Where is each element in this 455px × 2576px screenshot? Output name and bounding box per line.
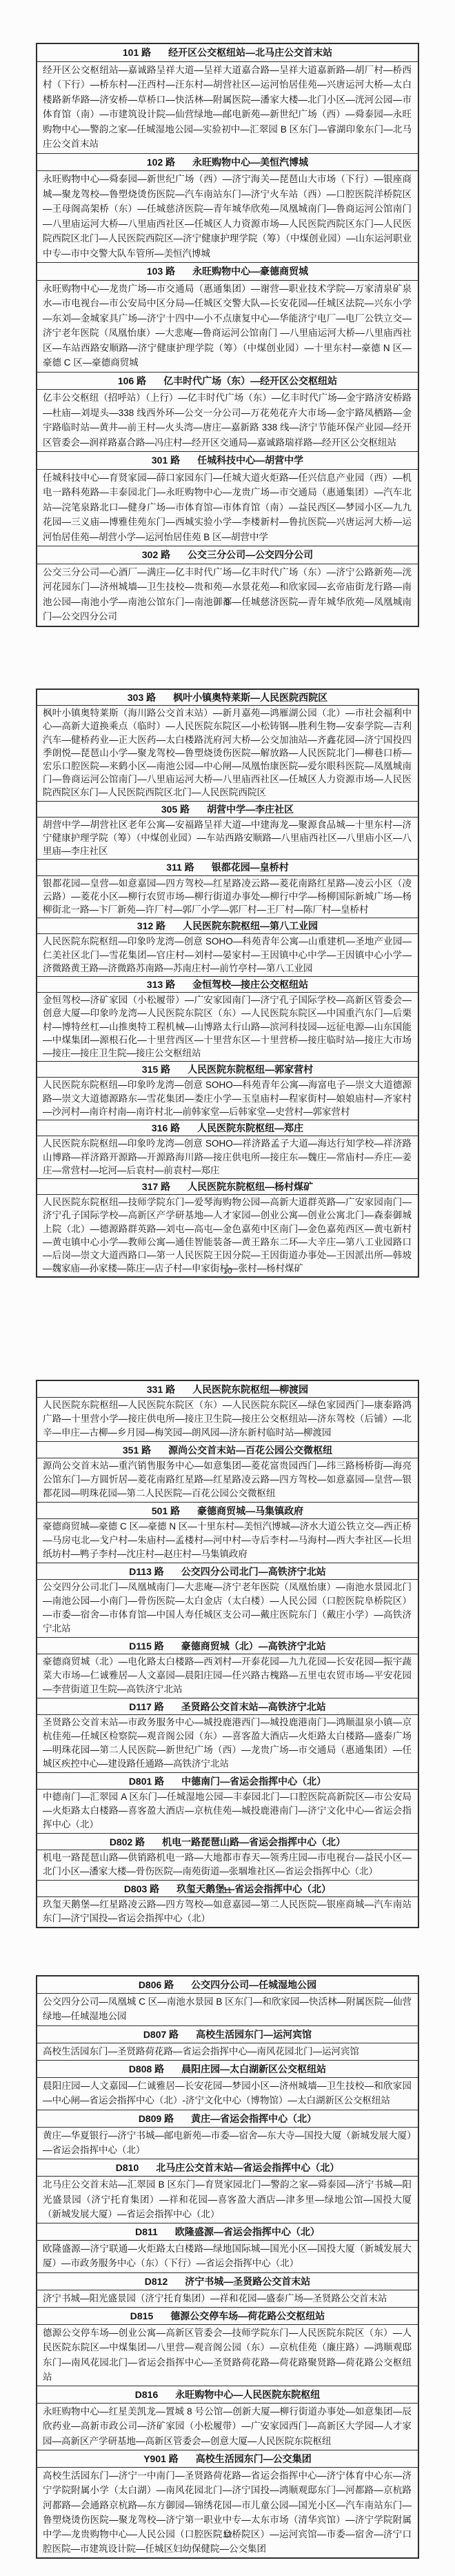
route-header: 331 路人民医院东院枢纽—柳渡园	[37, 1380, 418, 1398]
route-stops-row: 公交三分公司—心酒厂—满庄—亿丰时代广场—亿丰时代广场（东）—济宁公路新苑—洸河…	[37, 564, 418, 626]
route-title: 济宁书城—圣贤路公交首末站	[185, 2276, 310, 2287]
route-title: 北马庄公交首末站—省运会指挥中心（北）	[156, 2162, 339, 2173]
route-title: 德源公交停车场—荷花路公交枢纽站	[170, 2310, 325, 2321]
route-header: Y901 路高校生活园东门—公交集团	[37, 2450, 418, 2467]
route-title: 豪德商贸城—马集镇政府	[197, 1505, 303, 1516]
route-header: 301 路任城科技中心—胡营中学	[37, 452, 418, 470]
route-stops: 永旺购物中心—红星美凯龙—置城 8 号公馆—创新大厦—柳行街道办事处—如意集团—…	[37, 2404, 418, 2450]
route-stops-row: 济宁书城—阳光盛景园（济宁托育集团）—祥和花园—盛泰广场—圣贤路公交首末站	[37, 2290, 418, 2307]
route-title: 人民医院东院枢纽—杨村煤矿	[188, 1181, 313, 1192]
route-header: D806 路公交四分公司—任城湿地公园	[37, 1976, 418, 1994]
route-title: 源尚公交首末站—百花公园公交微枢纽	[168, 1445, 332, 1456]
route-stops-row: 人民医院东院枢纽—印象吟龙湾—创意 SOHO—科苑青年公寓—山重建机—圣地产业园…	[37, 934, 418, 977]
route-stops-row: 永旺购物中心—红星美凯龙—置城 8 号公馆—创新大厦—柳行街道办事处—如意集团—…	[37, 2404, 418, 2450]
route-stops: 高校生活园东门—济宁一中南门—圣贤路荷花路—省运会指挥中心—济宁体育中心东—济宁…	[37, 2468, 418, 2559]
page-number: 11	[0, 1885, 455, 1896]
route-header: D802 路机电一路琵琶山路—省运会指挥中心（北）	[37, 1834, 418, 1850]
route-header-row: 312 路人民医院东院枢纽—第八工业园	[37, 918, 418, 934]
route-header-row: 351 路源尚公交首末站—百花公园公交微枢纽	[37, 1442, 418, 1458]
route-number: 102 路	[147, 157, 175, 168]
route-header: 302 路公交三分公司—公交四分公司	[37, 546, 418, 564]
route-header: D816永旺购物中心—人民医院东院枢纽	[37, 2386, 418, 2404]
route-title: 公交四分公司北门—高铁济宁北站	[181, 1566, 326, 1577]
route-stops: 中德南门—汇翠园 A 区东门—任城湿地公园—丰泰园北门—口腔医院高新院区—市公安…	[37, 1790, 418, 1834]
route-header-row: D816永旺购物中心—人民医院东院枢纽	[37, 2386, 418, 2404]
route-title: 晨阳庄园—太白湖新区公交枢纽站	[181, 2063, 326, 2074]
route-stops: 高校生活园东门—圣贤路荷花路—省运会指挥中心—南风花园北门—运河宾馆	[37, 2043, 418, 2060]
route-title: 银都花园—皇桥村	[212, 862, 289, 873]
bus-route-table-body: 101 路经开区公交枢纽站—北马庄公交首末站经开区公交枢纽站—嘉诚路呈祥大道—呈…	[37, 43, 418, 626]
route-number: D802 路	[110, 1836, 145, 1847]
route-stops: 人民医院东院枢纽—印象吟龙湾—创意 SOHO—祥济路孟子大道—海达行知学校—祥济…	[37, 1136, 418, 1179]
document-page: 331 路人民医院东院枢纽—柳渡园人民医院东院枢纽—人民医院东院区（东）—人民医…	[0, 1380, 455, 1928]
route-stops-row: 机电一路琵琶山路—供销路机电一路—大地都市春天—领秀庄园—市电视台—益民小区—北…	[37, 1850, 418, 1881]
route-stops: 银都花园—皇营—如意嘉园—四方驾校—红星路凌云路—菱花南路红星路—凌云小区（凌云…	[37, 875, 418, 918]
route-header-row: 315 路人民医院东院枢纽—郭家营村	[37, 1062, 418, 1078]
route-stops-row: 永旺购物中心—龙贵广场—市交通局（惠通集团）—谢营—职业技术学院—万家清泉矿泉水…	[37, 280, 418, 372]
route-header-row: 316 路人民医院东院枢纽—郑庄	[37, 1120, 418, 1136]
route-header: D812济宁书城—圣贤路公交首末站	[37, 2272, 418, 2290]
bus-route-table-body: 303 路枫叶小镇奥特莱斯—人民医院西院区枫叶小镇奥特莱斯（海川路公交首末站）—…	[37, 689, 418, 1277]
bus-route-table: 101 路经开区公交枢纽站—北马庄公交首末站经开区公交枢纽站—嘉诚路呈祥大道—呈…	[36, 43, 419, 627]
route-header-row: 317 路人民医院东院枢纽—杨村煤矿	[37, 1178, 418, 1194]
route-stops: 经开区公交枢纽站—嘉诚路呈祥大道—呈祥大道嘉合路—呈祥大道嘉新路—胡厂村—桥西村…	[37, 61, 418, 153]
route-stops: 人民医院东院枢纽—人民医院东院区（东）—人民医院东院区—绿色家园西门—康泰路鸿广…	[37, 1398, 418, 1442]
page-number: 10	[0, 1265, 455, 1276]
route-stops-row: 胡营中学—胡营社区老年公寓—安福路呈祥大道—中建海龙—聚源食品城—十里东村—济宁…	[37, 817, 418, 860]
route-header: D115 路豪德商贸城（北）—高铁济宁北站	[37, 1638, 418, 1654]
route-header-row: D811欧隆盛源—省运会指挥中心（北）	[37, 2223, 418, 2241]
route-stops-row: 永旺购物中心—舜泰园—新世纪广场（西）—济宁海关—琵琶山大市场（下行）—银座商城…	[37, 171, 418, 263]
route-header: D801 路中德南门—省运会指挥中心（北）	[37, 1773, 418, 1790]
route-number: 316 路	[152, 1122, 180, 1133]
route-header: 313 路金恒驾校—接庄公交枢纽站	[37, 977, 418, 993]
route-header-row: 103 路永旺购物中心—豪德商贸城	[37, 263, 418, 281]
route-stops-row: 高校生活园东门—济宁一中南门—圣贤路荷花路—省运会指挥中心—济宁体育中心东—济宁…	[37, 2468, 418, 2559]
route-title: 黄庄—省运会指挥中心（北）	[191, 2113, 316, 2124]
route-stops-row: 亿丰公交枢纽（招呼站）（上行）—亿丰时代广场（东）—亿丰时代广场—金宇路济安桥路…	[37, 390, 418, 452]
route-number: 301 路	[152, 455, 180, 466]
route-title: 圣贤路公交首末站—高铁济宁北站	[181, 1701, 326, 1712]
route-number: 317 路	[142, 1181, 170, 1192]
route-stops-row: 欧隆盛源—济宁联通—火炬路太白楼路—绿地国际城—国光小区—国投大厦（新城发展大厦…	[37, 2241, 418, 2272]
route-header: D807 路高校生活园东门—运河宾馆	[37, 2025, 418, 2043]
route-header: 315 路人民医院东院枢纽—郭家营村	[37, 1062, 418, 1078]
route-header-row: Y901 路高校生活园东门—公交集团	[37, 2450, 418, 2467]
route-number: 305 路	[161, 804, 190, 815]
route-stops-row: 经开区公交枢纽站—嘉诚路呈祥大道—呈祥大道嘉合路—呈祥大道嘉新路—胡厂村—桥西村…	[37, 61, 418, 153]
route-title: 人民医院东院枢纽—第八工业园	[183, 920, 318, 931]
route-header-row: D802 路机电一路琵琶山路—省运会指挥中心（北）	[37, 1834, 418, 1850]
route-stops-row: 公交四分公司—凤凰城 C 区—南池水景园 B 区东门—和欣家园—快活林—附属医院…	[37, 1994, 418, 2025]
route-number: D815	[130, 2310, 153, 2321]
route-number: D816	[135, 2389, 158, 2400]
bus-route-table-body: 331 路人民医院东院枢纽—柳渡园人民医院东院枢纽—人民医院东院区（东）—人民医…	[37, 1380, 418, 1928]
route-number: D808 路	[129, 2063, 164, 2074]
route-stops: 胡营中学—胡营社区老年公寓—安福路呈祥大道—中建海龙—聚源食品城—十里东村—济宁…	[37, 817, 418, 860]
route-stops: 豪德商贸城（北）—电化路太白楼路—西刘村—开泰花园—九九花园—长安花园—振宇蔬菜…	[37, 1654, 418, 1698]
route-number: 303 路	[128, 692, 156, 703]
route-stops-row: 人民医院东院枢纽—人民医院东院区（东）—人民医院东院区—绿色家园西门—康泰路鸿广…	[37, 1398, 418, 1442]
route-stops-row: 黄庄—华夏银行—济宁书城—邮电新苑—市委—宿舍—东大寺—国投大厦（新城发展大厦）…	[37, 2127, 418, 2159]
route-stops-row: 豪德商贸城—豪德 C 区—豪德 N 区—十里东村—美恒汽博城—济水大道公铁立交—…	[37, 1519, 418, 1563]
route-header: 316 路人民医院东院枢纽—郑庄	[37, 1120, 418, 1136]
page-number: 12	[0, 2529, 455, 2540]
document-page: D806 路公交四分公司—任城湿地公园公交四分公司—凤凰城 C 区—南池水景园 …	[0, 1975, 455, 2559]
route-title: 人民医院东院枢纽—郑庄	[197, 1122, 303, 1133]
route-stops: 公交四分公司—凤凰城 C 区—南池水景园 B 区东门—和欣家园—快活林—附属医院…	[37, 1994, 418, 2025]
route-title: 豪德商贸城（北）—高铁济宁北站	[181, 1641, 326, 1652]
route-header: D809 路黄庄—省运会指挥中心（北）	[37, 2110, 418, 2127]
route-number: Y901 路	[143, 2453, 179, 2464]
route-header-row: 305 路胡营中学—李庄社区	[37, 801, 418, 817]
route-header: 101 路经开区公交枢纽站—北马庄公交首末站	[37, 43, 418, 61]
route-stops-row: 人民医院东院枢纽—印象吟龙湾—创意 SOHO—科苑青年公寓—海富电子—崇文大道德…	[37, 1078, 418, 1120]
route-stops: 人民医院东院枢纽—印象吟龙湾—创意 SOHO—科苑青年公寓—海富电子—崇文大道德…	[37, 1078, 418, 1120]
route-stops: 任城科技中心—育贤家园—薛口家园东门—任城大道火炬路—任兴信息产业园（西）—机电…	[37, 469, 418, 546]
route-number: D812	[145, 2276, 168, 2287]
route-header: 312 路人民医院东院枢纽—第八工业园	[37, 918, 418, 934]
route-stops-row: 晨阳庄园—人文嘉园—仁诚雅居—长安花园—梦园小区—济州城墙—卫生技校—和欣家园—…	[37, 2078, 418, 2110]
route-stops-row: 银都花园—皇营—如意嘉园—四方驾校—红星路凌云路—菱花南路红星路—凌云小区（凌云…	[37, 875, 418, 918]
bus-route-table: 331 路人民医院东院枢纽—柳渡园人民医院东院枢纽—人民医院东院区（东）—人民医…	[36, 1380, 419, 1928]
route-header: 501 路豪德商贸城—马集镇政府	[37, 1503, 418, 1519]
route-number: D806 路	[139, 1979, 174, 1990]
route-title: 永旺购物中心—人民医院东院枢纽	[175, 2389, 320, 2400]
route-header: D810北马庄公交首末站—省运会指挥中心（北）	[37, 2159, 418, 2177]
route-header-row: 102 路永旺购物中心—美恒汽博城	[37, 153, 418, 171]
route-stops: 公交四分公司北门—凤凰城南门—大悲庵—济宁老年医院（凤凰怡康）—南池水景园北门—…	[37, 1580, 418, 1638]
route-title: 永旺购物中心—美恒汽博城	[192, 157, 308, 168]
route-header-row: 313 路金恒驾校—接庄公交枢纽站	[37, 977, 418, 993]
route-header: 103 路永旺购物中心—豪德商贸城	[37, 263, 418, 281]
route-number: D117 路	[129, 1701, 164, 1712]
route-title: 公交四分公司—任城湿地公园	[191, 1979, 316, 1990]
route-header-row: 331 路人民医院东院枢纽—柳渡园	[37, 1380, 418, 1398]
route-number: 315 路	[142, 1064, 170, 1075]
route-title: 人民医院东院枢纽—郭家营村	[188, 1064, 313, 1075]
route-number: D801 路	[129, 1776, 164, 1787]
route-header-row: 311 路银都花园—皇桥村	[37, 860, 418, 875]
route-stops: 源尚公交首末站—重汽销售服务中心—如意集团—菱花富贵园西门—纬三路杨桥街—海亮公…	[37, 1458, 418, 1503]
route-title: 机电一路琵琶山路—省运会指挥中心（北）	[162, 1836, 345, 1847]
route-header: D808 路晨阳庄园—太白湖新区公交枢纽站	[37, 2061, 418, 2078]
route-header-row: D809 路黄庄—省运会指挥中心（北）	[37, 2110, 418, 2127]
route-header: 102 路永旺购物中心—美恒汽博城	[37, 153, 418, 171]
route-header-row: D115 路豪德商贸城（北）—高铁济宁北站	[37, 1638, 418, 1654]
route-stops-row: 金恒驾校—济矿家园（小松履带）—广安家园南门—济宁孔子国际学校—高新区管委会—创…	[37, 993, 418, 1062]
route-title: 经开区公交枢纽站—北马庄公交首末站	[168, 47, 332, 58]
route-header-row: 501 路豪德商贸城—马集镇政府	[37, 1503, 418, 1519]
route-stops-row: 圣贤路公交首末站—市政务服务中心—城投鹿港西门—城投鹿港南门—鸿顺温泉小镇—京杭…	[37, 1715, 418, 1773]
route-header: 106 路亿丰时代广场（东）—经开区公交枢纽站	[37, 372, 418, 390]
route-stops-row: 人民医院东院枢纽—印象吟龙湾—创意 SOHO—祥济路孟子大道—海达行知学校—祥济…	[37, 1136, 418, 1179]
route-stops: 济宁书城—阳光盛景园（济宁托育集团）—祥和花园—盛泰广场—圣贤路公交首末站	[37, 2290, 418, 2307]
bus-route-table-body: D806 路公交四分公司—任城湿地公园公交四分公司—凤凰城 C 区—南池水景园 …	[37, 1976, 418, 2558]
route-stops: 玖玺天鹅堡—红星路凌云路—四方驾校—如意嘉园—第二人民医院—银座商城—汽车南站东…	[37, 1897, 418, 1928]
route-stops: 欧隆盛源—济宁联通—火炬路太白楼路—绿地国际城—国光小区—国投大厦（新城发展大厦…	[37, 2241, 418, 2272]
route-header: D815德源公交停车场—荷花路公交枢纽站	[37, 2308, 418, 2325]
route-number: D113 路	[129, 1566, 164, 1577]
route-stops: 亿丰公交枢纽（招呼站）（上行）—亿丰时代广场（东）—亿丰时代广场—金宇路济安桥路…	[37, 390, 418, 452]
route-title: 中德南门—省运会指挥中心（北）	[181, 1776, 326, 1787]
route-number: D809 路	[139, 2113, 174, 2124]
route-header-row: D117 路圣贤路公交首末站—高铁济宁北站	[37, 1698, 418, 1715]
route-header-row: D810北马庄公交首末站—省运会指挥中心（北）	[37, 2159, 418, 2177]
route-title: 任城科技中心—胡营中学	[197, 455, 303, 466]
route-stops-row: 德源公交停车场—创业公寓—高新区管委会—技师学院东门—人民医院东院区（东）—人民…	[37, 2325, 418, 2386]
route-stops: 人民医院东院枢纽—印象吟龙湾—创意 SOHO—科苑青年公寓—山重建机—圣地产业园…	[37, 934, 418, 977]
route-stops: 豪德商贸城—豪德 C 区—豪德 N 区—十里东村—美恒汽博城—济水大道公铁立交—…	[37, 1519, 418, 1563]
document-page: 101 路经开区公交枢纽站—北马庄公交首末站经开区公交枢纽站—嘉诚路呈祥大道—呈…	[0, 43, 455, 627]
route-title: 高校生活园东门—公交集团	[196, 2453, 312, 2464]
route-stops-row: 玖玺天鹅堡—红星路凌云路—四方驾校—如意嘉园—第二人民医院—银座商城—汽车南站东…	[37, 1897, 418, 1928]
route-number: 106 路	[118, 375, 146, 386]
route-stops: 圣贤路公交首末站—市政务服务中心—城投鹿港西门—城投鹿港南门—鸿顺温泉小镇—京杭…	[37, 1715, 418, 1773]
route-title: 枫叶小镇奥特莱斯—人民医院西院区	[173, 692, 327, 703]
route-stops: 北马庄公交首末站—汇翠园 B 区东门—育贤家园北门—警韵之家—舜泰园—济宁书城—…	[37, 2177, 418, 2223]
route-header-row: 303 路枫叶小镇奥特莱斯—人民医院西院区	[37, 689, 418, 706]
bus-route-table: 303 路枫叶小镇奥特莱斯—人民医院西院区枫叶小镇奥特莱斯（海川路公交首末站）—…	[36, 688, 419, 1278]
route-number: 313 路	[147, 979, 175, 990]
route-number: D115 路	[129, 1641, 164, 1652]
route-header: 311 路银都花园—皇桥村	[37, 860, 418, 875]
route-stops-row: 源尚公交首末站—重汽销售服务中心—如意集团—菱花富贵园西门—纬三路杨桥街—海亮公…	[37, 1458, 418, 1503]
route-title: 金恒驾校—接庄公交枢纽站	[192, 979, 308, 990]
route-header: D117 路圣贤路公交首末站—高铁济宁北站	[37, 1698, 418, 1715]
route-stops: 枫叶小镇奥特莱斯（海川路公交首末站）—新月嘉苑—鸿雁湖公园（北）—市社会福利中心…	[37, 706, 418, 801]
route-stops: 永旺购物中心—舜泰园—新世纪广场（西）—济宁海关—琵琶山大市场（下行）—银座商城…	[37, 171, 418, 263]
route-number: 103 路	[147, 266, 175, 277]
route-header-row: D113 路公交四分公司北门—高铁济宁北站	[37, 1563, 418, 1580]
route-header-row: D801 路中德南门—省运会指挥中心（北）	[37, 1773, 418, 1790]
route-header-row: D807 路高校生活园东门—运河宾馆	[37, 2025, 418, 2043]
route-number: 501 路	[152, 1505, 180, 1516]
route-stops-row: 任城科技中心—育贤家园—薛口家园东门—任城大道火炬路—任兴信息产业园（西）—机电…	[37, 469, 418, 546]
route-stops: 德源公交停车场—创业公寓—高新区管委会—技师学院东门—人民医院东院区（东）—人民…	[37, 2325, 418, 2386]
route-number: 101 路	[123, 47, 151, 58]
route-stops-row: 公交四分公司北门—凤凰城南门—大悲庵—济宁老年医院（凤凰怡康）—南池水景园北门—…	[37, 1580, 418, 1638]
route-number: 312 路	[137, 920, 165, 931]
route-header: D811欧隆盛源—省运会指挥中心（北）	[37, 2223, 418, 2241]
route-header: D113 路公交四分公司北门—高铁济宁北站	[37, 1563, 418, 1580]
route-number: 302 路	[142, 549, 170, 560]
route-title: 永旺购物中心—豪德商贸城	[192, 266, 308, 277]
route-title: 高校生活园东门—运河宾馆	[196, 2029, 312, 2040]
route-stops-row: 北马庄公交首末站—汇翠园 B 区东门—育贤家园北门—警韵之家—舜泰园—济宁书城—…	[37, 2177, 418, 2223]
route-stops-row: 豪德商贸城（北）—电化路太白楼路—西刘村—开泰花园—九九花园—长安花园—振宇蔬菜…	[37, 1654, 418, 1698]
route-header-row: 106 路亿丰时代广场（东）—经开区公交枢纽站	[37, 372, 418, 390]
route-stops: 黄庄—华夏银行—济宁书城—邮电新苑—市委—宿舍—东大寺—国投大厦（新城发展大厦）…	[37, 2127, 418, 2159]
route-stops: 机电一路琵琶山路—供销路机电一路—大地都市春天—领秀庄园—市电视台—益民小区—北…	[37, 1850, 418, 1881]
route-header-row: D806 路公交四分公司—任城湿地公园	[37, 1976, 418, 1994]
route-header-row: 101 路经开区公交枢纽站—北马庄公交首末站	[37, 43, 418, 61]
scanned-bus-route-document: 101 路经开区公交枢纽站—北马庄公交首末站经开区公交枢纽站—嘉诚路呈祥大道—呈…	[0, 0, 455, 2576]
route-stops: 公交三分公司—心酒厂—满庄—亿丰时代广场—亿丰时代广场（东）—济宁公路新苑—洸河…	[37, 564, 418, 626]
route-number: D810	[116, 2162, 139, 2173]
route-header: 303 路枫叶小镇奥特莱斯—人民医院西院区	[37, 689, 418, 706]
route-number: 311 路	[166, 862, 194, 873]
route-stops-row: 中德南门—汇翠园 A 区东门—任城湿地公园—丰泰园北门—口腔医院高新院区—市公安…	[37, 1790, 418, 1834]
route-header-row: D808 路晨阳庄园—太白湖新区公交枢纽站	[37, 2061, 418, 2078]
route-number: 331 路	[147, 1384, 175, 1395]
route-title: 欧隆盛源—省运会指挥中心（北）	[175, 2226, 320, 2237]
route-stops-row: 高校生活园东门—圣贤路荷花路—省运会指挥中心—南风花园北门—运河宾馆	[37, 2043, 418, 2060]
route-header: 305 路胡营中学—李庄社区	[37, 801, 418, 817]
bus-route-table: D806 路公交四分公司—任城湿地公园公交四分公司—凤凰城 C 区—南池水景园 …	[36, 1975, 419, 2559]
document-page: 303 路枫叶小镇奥特莱斯—人民医院西院区枫叶小镇奥特莱斯（海川路公交首末站）—…	[0, 688, 455, 1278]
route-stops: 永旺购物中心—龙贵广场—市交通局（惠通集团）—谢营—职业技术学院—万家清泉矿泉水…	[37, 280, 418, 372]
route-title: 胡营中学—李庄社区	[207, 804, 294, 815]
route-number: D811	[135, 2226, 158, 2237]
route-number: D807 路	[143, 2029, 179, 2040]
route-title: 人民医院东院枢纽—柳渡园	[192, 1384, 308, 1395]
route-stops-row: 枫叶小镇奥特莱斯（海川路公交首末站）—新月嘉苑—鸿雁湖公园（北）—市社会福利中心…	[37, 706, 418, 801]
route-header: 317 路人民医院东院枢纽—杨村煤矿	[37, 1178, 418, 1194]
route-stops: 晨阳庄园—人文嘉园—仁诚雅居—长安花园—梦园小区—济州城墙—卫生技校—和欣家园—…	[37, 2078, 418, 2110]
route-number: 351 路	[123, 1445, 151, 1456]
route-header-row: D815德源公交停车场—荷花路公交枢纽站	[37, 2308, 418, 2325]
route-title: 亿丰时代广场（东）—经开区公交枢纽站	[163, 375, 337, 386]
route-header-row: 302 路公交三分公司—公交四分公司	[37, 546, 418, 564]
route-title: 公交三分公司—公交四分公司	[188, 549, 313, 560]
route-stops: 金恒驾校—济矿家园（小松履带）—广安家园南门—济宁孔子国际学校—高新区管委会—创…	[37, 993, 418, 1062]
route-header-row: 301 路任城科技中心—胡营中学	[37, 452, 418, 470]
route-header-row: D812济宁书城—圣贤路公交首末站	[37, 2272, 418, 2290]
route-header: 351 路源尚公交首末站—百花公园公交微枢纽	[37, 1442, 418, 1458]
page-number: 9	[0, 597, 455, 608]
